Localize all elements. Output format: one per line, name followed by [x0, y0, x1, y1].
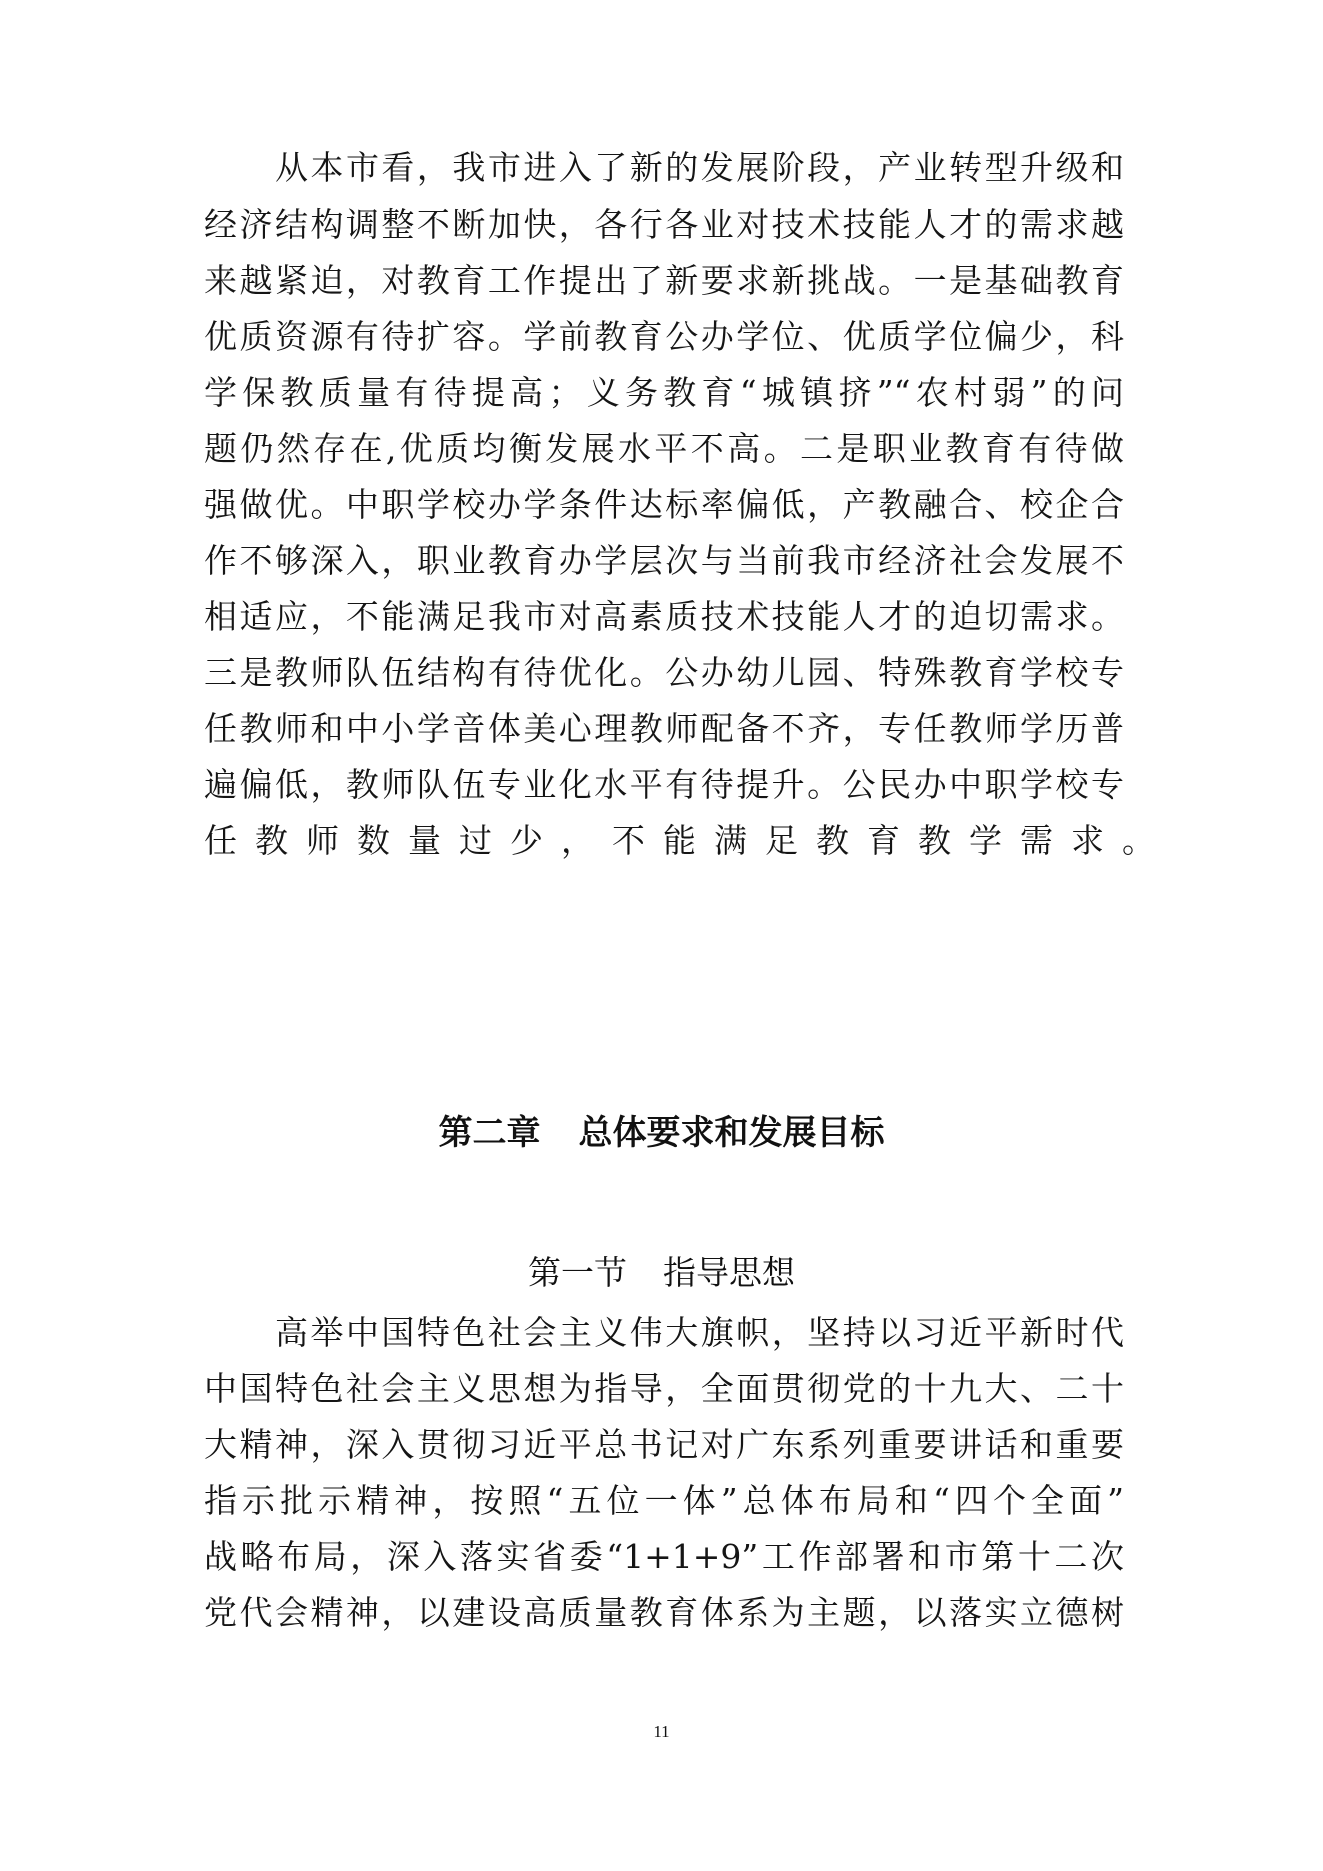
text-line: 强做优。中职学校办学条件达标率偏低，产教融合、校企合: [204, 475, 1124, 535]
text-line: 指示批示精神，按照“五位一体”总体布局和“四个全面”: [204, 1471, 1124, 1531]
section-title: 指导思想: [663, 1253, 795, 1292]
text-line: 作不够深入，职业教育办学层次与当前我市经济社会发展不: [204, 531, 1124, 591]
text-line: 来越紧迫，对教育工作提出了新要求新挑战。一是基础教育: [204, 251, 1124, 311]
text-line: 高举中国特色社会主义伟大旗帜，坚持以习近平新时代: [275, 1303, 1124, 1363]
text-line: 遍偏低，教师队伍专业化水平有待提升。公民办中职学校专: [204, 755, 1124, 815]
chapter-heading: 第二章总体要求和发展目标: [0, 1108, 1323, 1158]
text-line: 三是教师队伍结构有待优化。公办幼儿园、特殊教育学校专: [204, 643, 1124, 703]
section-heading: 第一节指导思想: [0, 1248, 1323, 1298]
text-line: 从本市看，我市进入了新的发展阶段，产业转型升级和: [275, 138, 1124, 198]
text-line: 题仍然存在,优质均衡发展水平不高。二是职业教育有待做: [204, 419, 1124, 479]
chapter-number: 第二章: [439, 1113, 541, 1153]
text-line: 任教师数量过少，不能满足教育教学需求。: [204, 811, 1124, 871]
text-line: 经济结构调整不断加快，各行各业对技术技能人才的需求越: [204, 195, 1124, 255]
text-line: 党代会精神，以建设高质量教育体系为主题，以落实立德树: [204, 1583, 1124, 1643]
text-line: 相适应，不能满足我市对高素质技术技能人才的迫切需求。: [204, 587, 1124, 647]
text-line: 学保教质量有待提高；义务教育“城镇挤”“农村弱”的问: [204, 363, 1124, 423]
document-page: 从本市看，我市进入了新的发展阶段，产业转型升级和 经济结构调整不断加快，各行各业…: [0, 0, 1323, 1871]
text-line: 中国特色社会主义思想为指导，全面贯彻党的十九大、二十: [204, 1359, 1124, 1419]
text-line: 战略布局，深入落实省委“1+1+9”工作部署和市第十二次: [204, 1527, 1124, 1587]
text-line: 优质资源有待扩容。学前教育公办学位、优质学位偏少，科: [204, 307, 1124, 367]
page-number: 11: [0, 1720, 1323, 1744]
section-number: 第一节: [528, 1253, 627, 1292]
chapter-title: 总体要求和发展目标: [579, 1113, 885, 1153]
text-line: 任教师和中小学音体美心理教师配备不齐，专任教师学历普: [204, 699, 1124, 759]
text-line: 大精神，深入贯彻习近平总书记对广东系列重要讲话和重要: [204, 1415, 1124, 1475]
